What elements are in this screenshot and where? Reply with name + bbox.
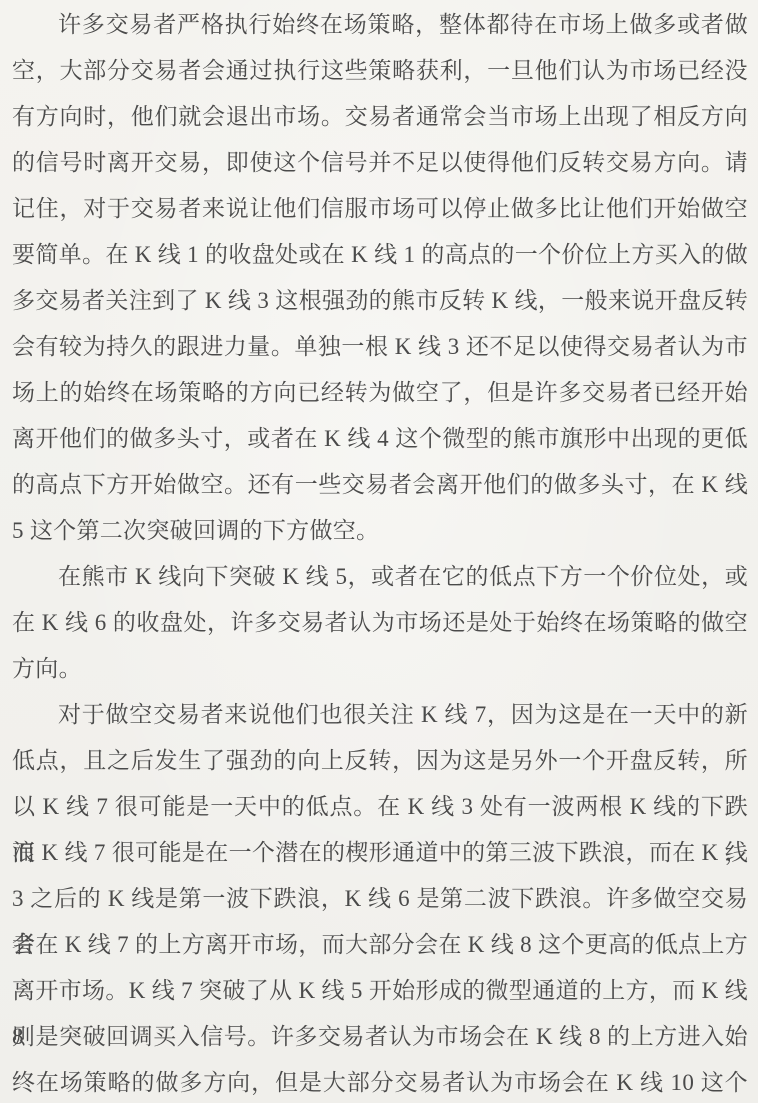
text-line: 低点，且之后发生了强劲的向上反转，因为这是另外一个开盘反转，所 bbox=[12, 738, 748, 784]
text-line: 的高点下方开始做空。还有一些交易者会离开他们的做多头寸，在 K 线 bbox=[12, 462, 748, 508]
text-line paragraph-start: 在熊市 K 线向下突破 K 线 5，或者在它的低点下方一个价位处，或 bbox=[12, 554, 748, 600]
text-line paragraph-end: 方向。 bbox=[12, 646, 748, 692]
text-line: 会有较为持久的跟进力量。单独一根 K 线 3 还不足以使得交易者认为市 bbox=[12, 324, 748, 370]
text-line paragraph-start: 对于做空交易者来说他们也很关注 K 线 7，因为这是在一天中的新 bbox=[12, 692, 748, 738]
text-line: 则是突破回调买入信号。许多交易者认为市场会在 K 线 8 的上方进入始 bbox=[12, 1014, 748, 1060]
text-line: 在 K 线 6 的收盘处，许多交易者认为市场还是处于始终在场策略的做空 bbox=[12, 600, 748, 646]
text-line: 许多交易者严格执行始终在场策略，整体都待在市场上做多或者做 bbox=[12, 2, 748, 48]
text-line: 的信号时离开交易，即使这个信号并不足以使得他们反转交易方向。请 bbox=[12, 140, 748, 186]
book-page: 许多交易者严格执行始终在场策略，整体都待在市场上做多或者做 空，大部分交易者会通… bbox=[0, 0, 758, 1103]
text-line: 有方向时，他们就会退出市场。交易者通常会当市场上出现了相反方向 bbox=[12, 94, 748, 140]
text-line page-last-line: 终在场策略的做多方向，但是大部分交易者认为市场会在 K 线 10 这个牛 bbox=[12, 1060, 748, 1103]
text-line: 3 之后的 K 线是第一波下跌浪，K 线 6 是第二波下跌浪。许多做空交易者 bbox=[12, 876, 748, 922]
text-line: 而 K 线 7 很可能是在一个潜在的楔形通道中的第三波下跌浪，而在 K 线 bbox=[12, 830, 748, 876]
text-line: 要简单。在 K 线 1 的收盘处或在 K 线 1 的高点的一个价位上方买入的做 bbox=[12, 232, 748, 278]
text-line: 记住，对于交易者来说让他们信服市场可以停止做多比让他们开始做空 bbox=[12, 186, 748, 232]
text-line: 多交易者关注到了 K 线 3 这根强劲的熊市反转 K 线，一般来说开盘反转 bbox=[12, 278, 748, 324]
text-line: 以 K 线 7 很可能是一天中的低点。在 K 线 3 处有一波两根 K 线的下跌… bbox=[12, 784, 748, 830]
text-line: 空，大部分交易者会通过执行这些策略获利，一旦他们认为市场已经没 bbox=[12, 48, 748, 94]
text-line: 会在 K 线 7 的上方离开市场，而大部分会在 K 线 8 这个更高的低点上方 bbox=[12, 922, 748, 968]
text-line: 场上的始终在场策略的方向已经转为做空了，但是许多交易者已经开始 bbox=[12, 370, 748, 416]
text-line: 离开他们的做多头寸，或者在 K 线 4 这个微型的熊市旗形中出现的更低 bbox=[12, 416, 748, 462]
text-line: 离开市场。K 线 7 突破了从 K 线 5 开始形成的微型通道的上方，而 K 线… bbox=[12, 968, 748, 1014]
text-line paragraph-end: 5 这个第二次突破回调的下方做空。 bbox=[12, 508, 748, 554]
